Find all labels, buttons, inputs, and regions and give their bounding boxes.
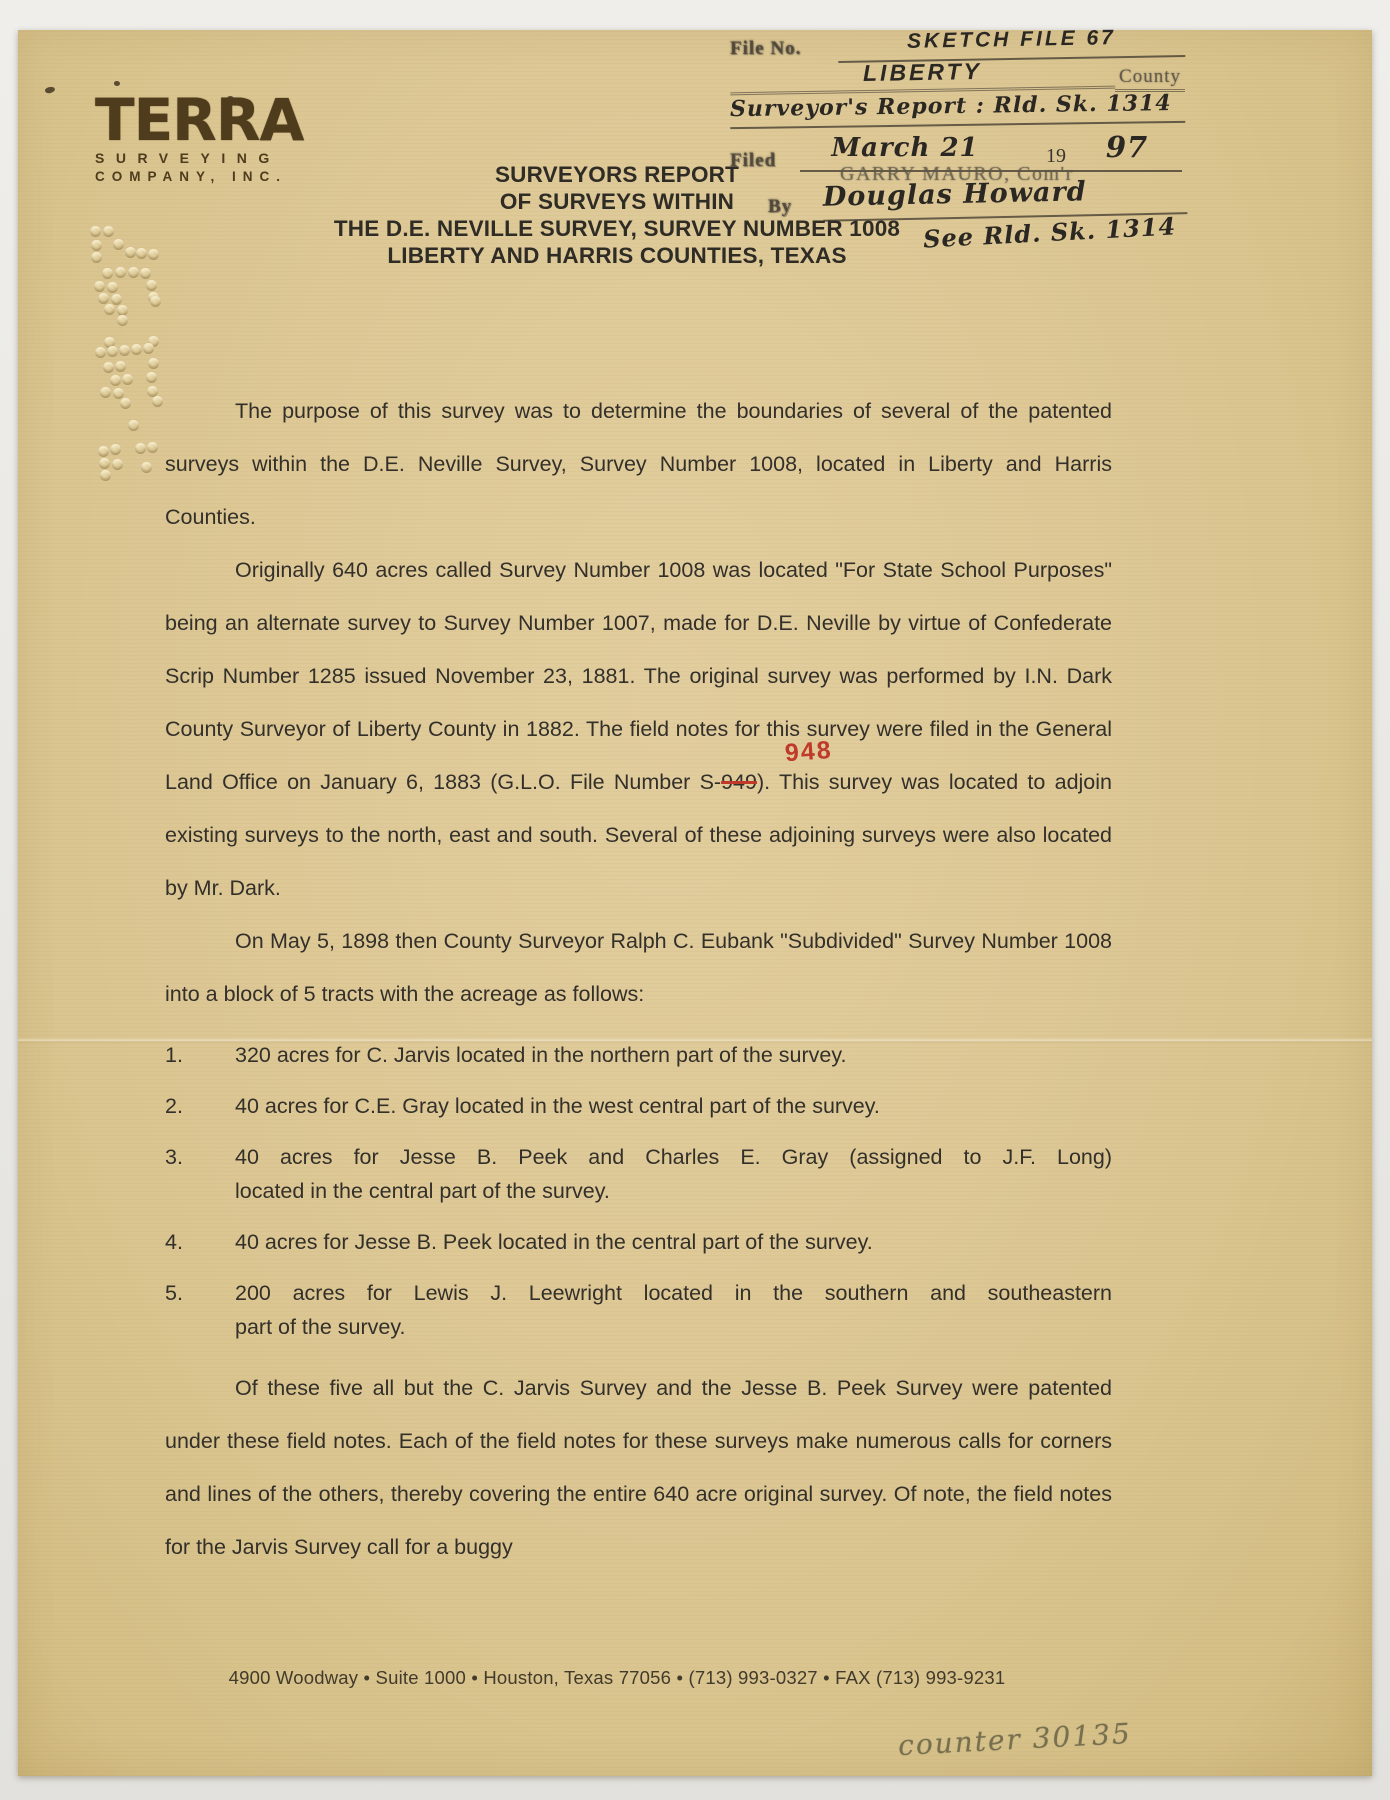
title-line-2: OF SURVEYS WITHIN <box>317 188 917 215</box>
letterhead-footer-address: 4900 Woodway • Suite 1000 • Houston, Tex… <box>18 1667 1216 1689</box>
counter-number-pencil-note: counter 30135 <box>897 1717 1132 1762</box>
scanned-document-page: { "document": { "logo": { "name": "TERRA… <box>0 0 1390 1800</box>
file-number-row: File No. SKETCH FILE 67 <box>730 26 1185 60</box>
company-logo: TERRA SURVEYING COMPANY, INC. <box>95 94 335 184</box>
report-reference-row: Surveyor's Report : Rld. Sk. 1314 <box>730 92 1185 126</box>
punch-dot <box>107 282 118 293</box>
punch-dot <box>102 268 113 279</box>
punch-dot <box>113 388 124 399</box>
punch-dot <box>100 470 111 481</box>
list-item-number: 1. <box>165 1038 235 1072</box>
punch-dot <box>98 293 109 304</box>
punch-dot <box>135 443 146 454</box>
punch-dot <box>115 361 126 372</box>
list-item: 4. 40 acres for Jesse B. Peek located in… <box>165 1225 1112 1259</box>
punch-dot <box>141 462 152 473</box>
list-item-text: 40 acres for C.E. Gray located in the we… <box>235 1089 1112 1123</box>
paragraph-patents: Of these five all but the C. Jarvis Surv… <box>165 1362 1112 1574</box>
punch-dot <box>111 294 122 305</box>
list-item-text: 40 acres for Jesse B. Peek located in th… <box>235 1225 1112 1259</box>
punch-dot <box>148 358 159 369</box>
punch-dot <box>140 268 151 279</box>
punch-dot <box>90 226 101 237</box>
punch-dot <box>110 444 121 455</box>
file-no-label-stamp: File No. <box>730 38 838 60</box>
punch-dot <box>120 398 131 409</box>
paragraph-subdivision: On May 5, 1898 then County Surveyor Ralp… <box>165 915 1112 1021</box>
title-line-3: THE D.E. NEVILLE SURVEY, SURVEY NUMBER 1… <box>317 215 917 242</box>
list-item-number: 5. <box>165 1276 235 1344</box>
paragraph-purpose: The purpose of this survey was to determ… <box>165 385 1112 544</box>
report-title: SURVEYORS REPORT OF SURVEYS WITHIN THE D… <box>317 161 917 269</box>
punch-dot <box>146 372 157 383</box>
punch-dot <box>150 296 161 307</box>
tract-list: 1. 320 acres for C. Jarvis located in th… <box>165 1038 1112 1344</box>
punch-dot <box>94 281 105 292</box>
list-item-number: 4. <box>165 1225 235 1259</box>
punch-dot <box>119 345 130 356</box>
punch-dot <box>103 226 114 237</box>
struck-file-number: 949 <box>721 770 757 794</box>
punch-dot <box>146 280 157 291</box>
punch-dot <box>152 396 163 407</box>
punch-dot <box>103 362 114 373</box>
logo-subtitle-company: COMPANY, INC. <box>95 169 335 184</box>
title-line-4: LIBERTY AND HARRIS COUNTIES, TEXAS <box>317 242 917 269</box>
red-handwritten-correction: 948 <box>714 738 833 770</box>
punch-dot <box>143 343 154 354</box>
punch-dot <box>125 247 136 258</box>
report-body: The purpose of this survey was to determ… <box>165 385 1112 1574</box>
list-item: 1. 320 acres for C. Jarvis located in th… <box>165 1038 1112 1072</box>
punch-dot <box>107 346 118 357</box>
list-item-number: 2. <box>165 1089 235 1123</box>
punch-dot <box>100 387 111 398</box>
punch-dot <box>98 446 109 457</box>
file-number-correction: 948949 <box>721 770 757 794</box>
list-item: 5. 200 acres for Lewis J. Leewright loca… <box>165 1276 1112 1344</box>
logo-wordmark: TERRA <box>95 94 335 146</box>
punch-dot <box>136 248 147 259</box>
punch-dot <box>148 249 159 260</box>
list-item-number: 3. <box>165 1140 235 1208</box>
punch-dot <box>91 240 102 251</box>
history-text-pre: Originally 640 acres called Survey Numbe… <box>165 558 1112 794</box>
paper: TERRA SURVEYING COMPANY, INC. File No. S… <box>18 30 1372 1776</box>
punch-dot <box>128 420 139 431</box>
punch-dot <box>131 344 142 355</box>
punch-dot <box>117 315 128 326</box>
paragraph-history: Originally 640 acres called Survey Numbe… <box>165 544 1112 915</box>
punch-dot <box>91 252 102 263</box>
punch-dot <box>110 375 121 386</box>
punch-dot <box>115 267 126 278</box>
list-item: 2. 40 acres for C.E. Gray located in the… <box>165 1089 1112 1123</box>
surveyors-report-handwritten: Surveyor's Report : Rld. Sk. 1314 <box>730 87 1185 129</box>
paper-speck <box>44 86 55 94</box>
punch-dot <box>128 267 139 278</box>
punch-dot <box>122 374 133 385</box>
list-item-text: 200 acres for Lewis J. Leewright located… <box>235 1276 1112 1344</box>
punch-dot <box>95 347 106 358</box>
list-item-text: 320 acres for C. Jarvis located in the n… <box>235 1038 1112 1072</box>
list-item: 3. 40 acres for Jesse B. Peek and Charle… <box>165 1140 1112 1208</box>
punch-dot <box>112 459 123 470</box>
punch-dot <box>147 442 158 453</box>
title-line-1: SURVEYORS REPORT <box>317 161 917 188</box>
punch-dot <box>104 304 115 315</box>
punch-dot <box>99 458 110 469</box>
list-item-text: 40 acres for Jesse B. Peek and Charles E… <box>235 1140 1112 1208</box>
punch-dot <box>113 239 124 250</box>
